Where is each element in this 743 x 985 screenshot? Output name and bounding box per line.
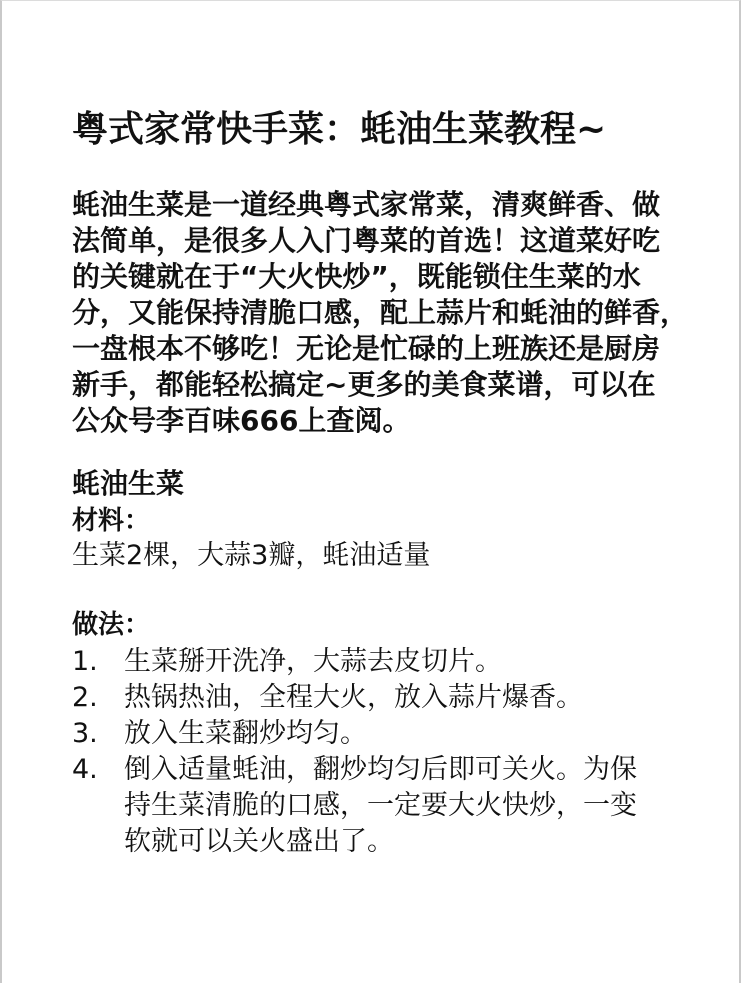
intro-line: 法简单，是很多人入门粤菜的首选！这道菜好吃 [72, 223, 702, 259]
step-number: 2. [72, 680, 124, 716]
step-line: 热锅热油，全程大火，放入蒜片爆香。 [124, 680, 692, 716]
step-number: 1. [72, 644, 124, 680]
step-text: 放入生菜翻炒均匀。 [124, 716, 692, 752]
step-item: 3. 放入生菜翻炒均匀。 [72, 716, 692, 752]
intro-line: 蚝油生菜是一道经典粤式家常菜，清爽鲜香、做 [72, 187, 702, 223]
step-line: 倒入适量蚝油，翻炒均匀后即可关火。为保 [124, 752, 692, 788]
step-line: 持生菜清脆的口感，一定要大火快炒，一变 [124, 788, 692, 824]
step-line: 生菜掰开洗净，大蒜去皮切片。 [124, 644, 692, 680]
intro-paragraph: 蚝油生菜是一道经典粤式家常菜，清爽鲜香、做 法简单，是很多人入门粤菜的首选！这道… [72, 187, 702, 439]
intro-line: 一盘根本不够吃！无论是忙碌的上班族还是厨房 [72, 331, 702, 367]
step-text: 倒入适量蚝油，翻炒均匀后即可关火。为保 持生菜清脆的口感，一定要大火快炒，一变 … [124, 752, 692, 860]
steps-list: 1. 生菜掰开洗净，大蒜去皮切片。 2. 热锅热油，全程大火，放入蒜片爆香。 3… [72, 644, 692, 860]
intro-line: 分，又能保持清脆口感，配上蒜片和蚝油的鲜香， [72, 295, 702, 331]
ingredients-text: 生菜2棵，大蒜3瓣，蚝油适量 [72, 538, 430, 574]
step-item: 4. 倒入适量蚝油，翻炒均匀后即可关火。为保 持生菜清脆的口感，一定要大火快炒，… [72, 752, 692, 860]
intro-line: 新手，都能轻松搞定~更多的美食菜谱，可以在 [72, 367, 702, 403]
step-item: 1. 生菜掰开洗净，大蒜去皮切片。 [72, 644, 692, 680]
step-item: 2. 热锅热油，全程大火，放入蒜片爆香。 [72, 680, 692, 716]
steps-label: 做法： [72, 607, 150, 643]
page-title: 粤式家常快手菜：蚝油生菜教程~ [72, 105, 606, 155]
step-text: 生菜掰开洗净，大蒜去皮切片。 [124, 644, 692, 680]
step-number: 4. [72, 752, 124, 860]
ingredients-label: 材料： [72, 503, 150, 539]
recipe-name: 蚝油生菜 [72, 466, 184, 502]
step-line: 放入生菜翻炒均匀。 [124, 716, 692, 752]
step-line: 软就可以关火盛出了。 [124, 824, 692, 860]
intro-line: 公众号李百味666上查阅。 [72, 403, 702, 439]
step-number: 3. [72, 716, 124, 752]
document-page: 粤式家常快手菜：蚝油生菜教程~ 蚝油生菜是一道经典粤式家常菜，清爽鲜香、做 法简… [0, 0, 741, 983]
intro-line: 的关键就在于“大火快炒”，既能锁住生菜的水 [72, 259, 702, 295]
step-text: 热锅热油，全程大火，放入蒜片爆香。 [124, 680, 692, 716]
